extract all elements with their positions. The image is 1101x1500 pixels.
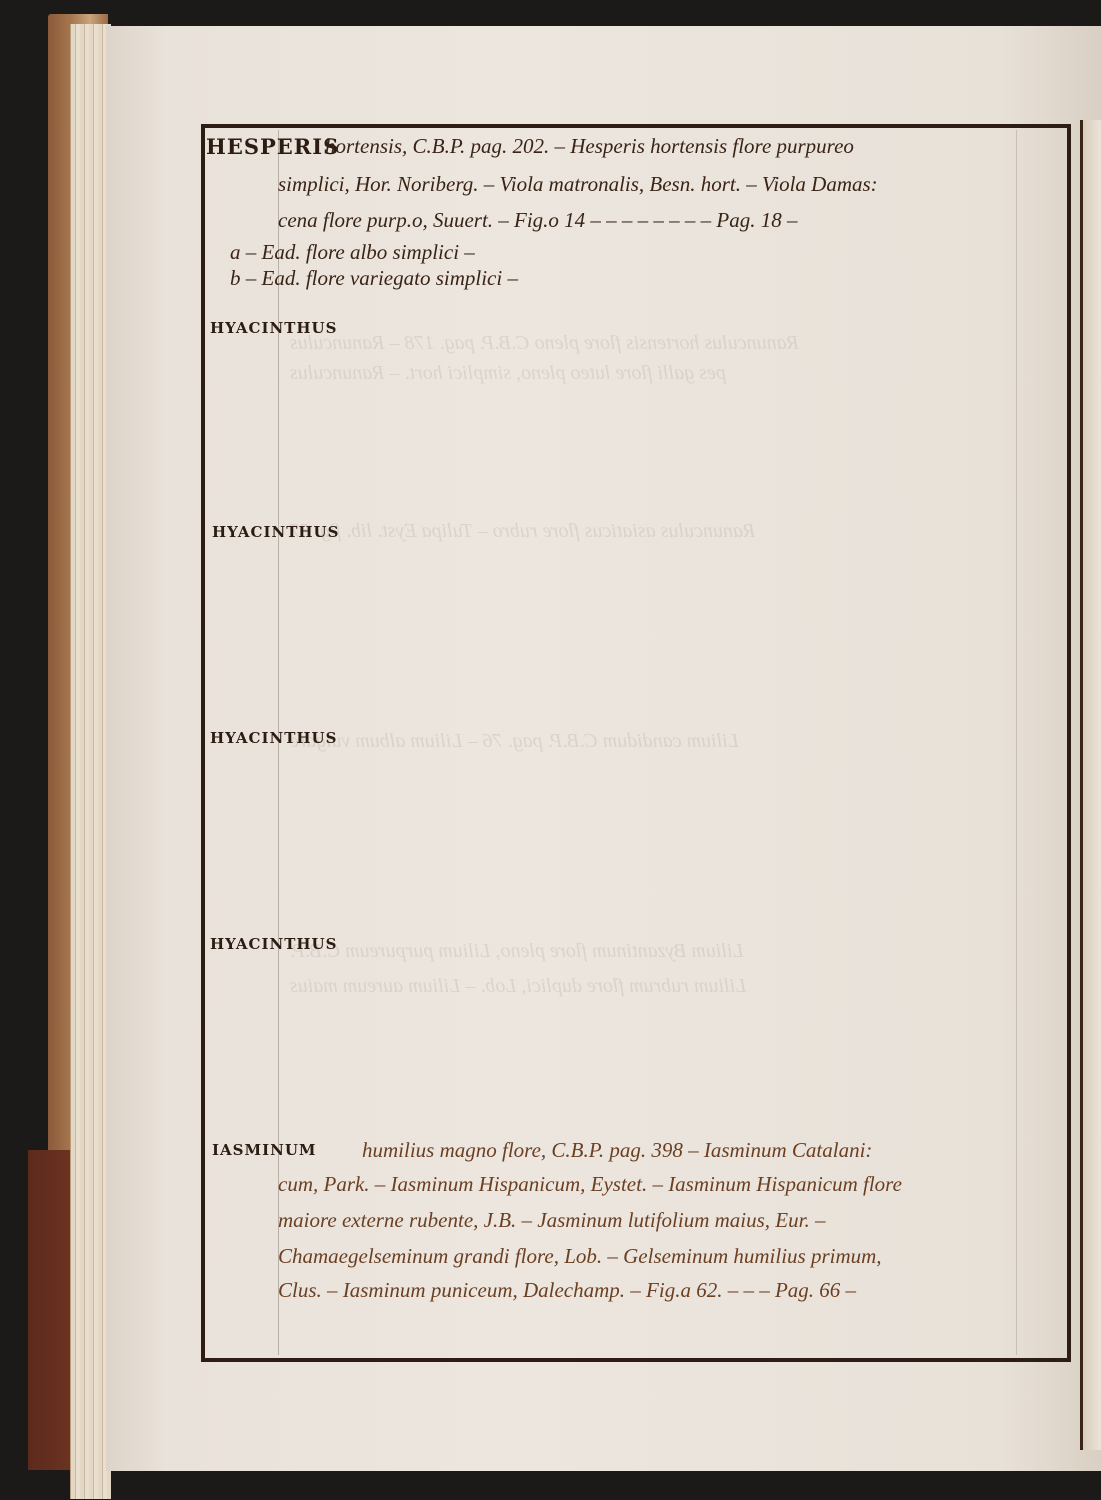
entry-line: cum, Park. – Iasminum Hispanicum, Eystet… [278,1172,902,1197]
entry-line: simplici, Hor. Noriberg. – Viola matrona… [278,172,878,197]
entry-line: maiore externe rubente, J.B. – Jasminum … [278,1208,825,1233]
entry-line: Clus. – Iasminum puniceum, Dalechamp. – … [278,1278,856,1303]
facing-page-edge [1080,120,1101,1450]
entry-heading: IASMINUM [212,1140,317,1159]
entry-heading-hyacinthus: HYACINTHUS [210,934,337,953]
entry-line: cena flore purp.o, Suuert. – Fig.o 14 – … [278,208,798,233]
entry-line: a – Ead. flore albo simplici – [230,240,475,265]
entry-line: humilius magno flore, C.B.P. pag. 398 – … [362,1138,872,1163]
entry-heading-hyacinthus: HYACINTHUS [210,318,337,337]
margin-rule-right [1016,130,1017,1355]
entry-heading-hyacinthus: HYACINTHUS [212,522,339,541]
entry-line: hortensis, C.B.P. pag. 202. – Hesperis h… [325,134,854,159]
entry-heading: HESPERIS [206,134,339,159]
entry-line: Chamaegelseminum grandi flore, Lob. – Ge… [278,1244,882,1269]
entry-heading-hyacinthus: HYACINTHUS [210,728,337,747]
page-stack-edges [70,24,111,1499]
entry-line: b – Ead. flore variegato simplici – [230,266,518,291]
